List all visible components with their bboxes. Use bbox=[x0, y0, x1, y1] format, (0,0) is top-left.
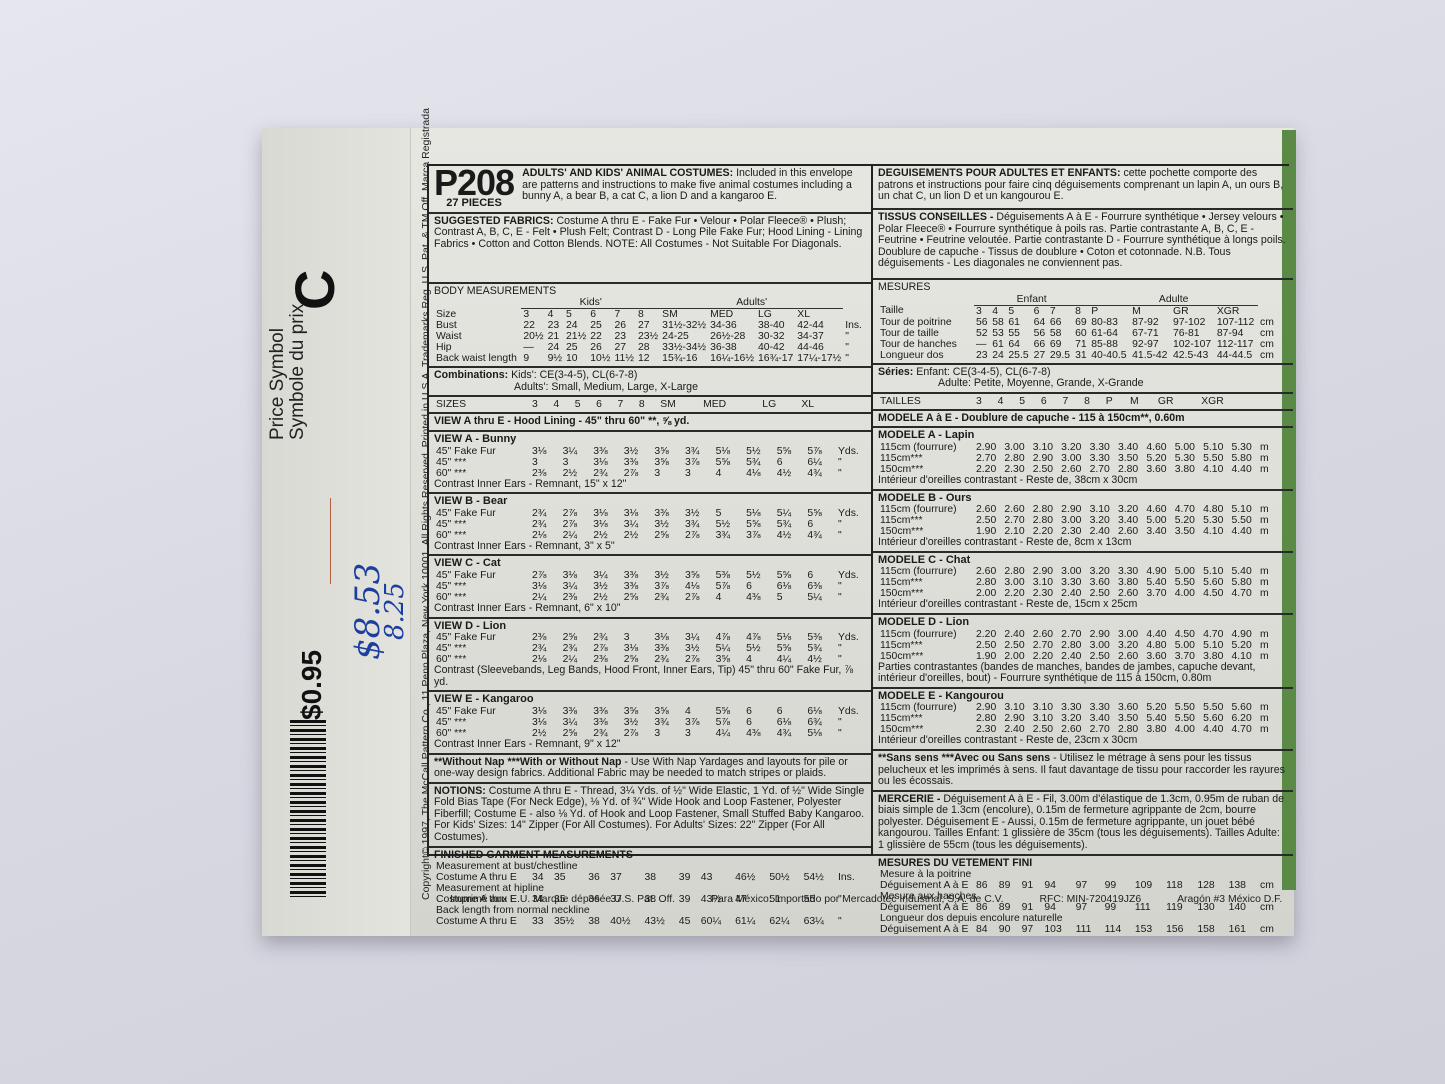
row-value: 22 bbox=[521, 320, 545, 331]
row-value: 2.50 bbox=[974, 515, 1002, 526]
row-label: Costume A thru E bbox=[434, 872, 530, 883]
row-value: 3.00 bbox=[1088, 640, 1116, 651]
row-value: 24 bbox=[564, 320, 588, 331]
row-value: 5.20 bbox=[1173, 515, 1201, 526]
row-value: 3 bbox=[521, 309, 545, 321]
table-row: 45" ***2¾2⅞3⅛3¼3½3¾5½5⅝5¾6" bbox=[434, 519, 866, 530]
row-value: 2.70 bbox=[1002, 515, 1030, 526]
row-value: 3⅞ bbox=[683, 717, 714, 728]
table-row: 45" Fake Fur2⅞3⅛3¼3⅜3½3⅝5⅜5½5⅝6Yds. bbox=[434, 570, 866, 581]
row-value: 6 bbox=[775, 706, 806, 717]
row-value: 3 bbox=[622, 632, 653, 643]
table-row: Déguisement A à E86899194979910911812813… bbox=[878, 880, 1288, 891]
row-value: 156 bbox=[1164, 924, 1195, 935]
row-value: 2¾ bbox=[530, 643, 561, 654]
row-unit: m bbox=[1258, 651, 1288, 662]
view-note: Contrast Inner Ears - Remnant, 9" x 12" bbox=[434, 739, 866, 751]
row-value: 5.50 bbox=[1173, 713, 1201, 724]
row-value: 3½ bbox=[622, 717, 653, 728]
combinations-label: Combinations: bbox=[434, 369, 508, 381]
row-value: 5 bbox=[775, 592, 806, 603]
row-value: LG bbox=[756, 309, 795, 321]
table-row: Bust22232425262731½-32½34-3638-4042-44In… bbox=[434, 320, 866, 331]
row-value: 5.50 bbox=[1173, 702, 1201, 713]
table-row: Tour de hanches—616466697185-8892-97102-… bbox=[878, 339, 1288, 350]
row-label: Hip bbox=[434, 342, 521, 353]
row-value: 3 bbox=[974, 305, 990, 317]
row-value: XL bbox=[799, 399, 836, 410]
view-note: Intérieur d'oreilles contrastant - Reste… bbox=[878, 537, 1288, 549]
row-value: 107-112 bbox=[1215, 317, 1258, 328]
row-value: 3.60 bbox=[1144, 464, 1172, 475]
row-value: 76-81 bbox=[1171, 328, 1215, 339]
fabrics-label: SUGGESTED FABRICS: bbox=[434, 215, 554, 227]
row-value: 8 bbox=[1073, 305, 1089, 317]
row-value: 5⅛ bbox=[775, 632, 806, 643]
row-value: 3⅛ bbox=[622, 508, 653, 519]
row-value: 5.60 bbox=[1230, 702, 1258, 713]
row-value: 6⅛ bbox=[775, 717, 806, 728]
row-value: 2.60 bbox=[1116, 651, 1144, 662]
row-value: 21 bbox=[546, 331, 564, 342]
row-value: 6 bbox=[744, 717, 775, 728]
row-value: XGR bbox=[1215, 305, 1258, 317]
row-value: P bbox=[1089, 305, 1130, 317]
row-value: 3 bbox=[683, 468, 714, 479]
row-unit: " bbox=[836, 717, 866, 728]
row-value: 4.50 bbox=[1173, 629, 1201, 640]
row-value: 5⅝ bbox=[714, 706, 745, 717]
row-value: GR bbox=[1156, 396, 1199, 407]
view-title: MODELE B - Ours bbox=[878, 493, 1288, 505]
row-value: 5.80 bbox=[1230, 577, 1258, 588]
row-value: 64 bbox=[1006, 339, 1031, 350]
row-label: SIZES bbox=[434, 399, 530, 410]
row-unit: " bbox=[836, 457, 866, 468]
row-value: 3⅛ bbox=[530, 581, 561, 592]
row-label: 60" *** bbox=[434, 468, 530, 479]
row-value: 2.70 bbox=[974, 453, 1002, 464]
row-value: 24 bbox=[990, 350, 1006, 361]
row-value: 11½ bbox=[612, 353, 635, 364]
fr-header-section: DEGUISEMENTS POUR ADULTES ET ENFANTS: ce… bbox=[873, 166, 1293, 210]
view-note: Contrast Inner Ears - Remnant, 3" x 5" bbox=[434, 541, 866, 553]
row-value: 3.80 bbox=[1201, 651, 1229, 662]
row-value: 3⅜ bbox=[591, 706, 622, 717]
view-section: MODELE B - Ours115cm (fourrure)2.602.602… bbox=[873, 491, 1293, 553]
view-section: VIEW C - Cat45" Fake Fur2⅞3⅛3¼3⅜3½3⅝5⅜5½… bbox=[429, 556, 871, 618]
row-value: 5.40 bbox=[1230, 566, 1258, 577]
fr-group-adults: Adulte bbox=[1089, 294, 1258, 306]
row-value: 3.00 bbox=[1002, 577, 1030, 588]
fr-group-kids: Enfant bbox=[974, 294, 1089, 306]
row-value: 1.90 bbox=[974, 651, 1002, 662]
row-value: 2.90 bbox=[1031, 566, 1059, 577]
caption-row: Longueur dos depuis encolure naturelle bbox=[878, 913, 1288, 924]
row-value: 5.00 bbox=[1173, 566, 1201, 577]
row-value: 4 bbox=[683, 706, 714, 717]
row-value: 61-64 bbox=[1089, 328, 1130, 339]
row-value: 58 bbox=[990, 317, 1006, 328]
row-value: 2¾ bbox=[591, 468, 622, 479]
row-label: 115cm (fourrure) bbox=[878, 629, 974, 640]
row-value: 5⅞ bbox=[714, 581, 745, 592]
row-unit: Yds. bbox=[836, 632, 866, 643]
row-value: 33 bbox=[530, 916, 552, 927]
row-value: 3⅜ bbox=[591, 717, 622, 728]
table-row: 45" ***333⅛3⅜3⅝3⅞5⅝5¾66¼" bbox=[434, 457, 866, 468]
row-value: 97 bbox=[1074, 880, 1103, 891]
table-row: Size345678SMMEDLGXL bbox=[434, 309, 866, 321]
table-row: SIZES345678SMMEDLGXL bbox=[434, 399, 866, 410]
table-row: Tour de taille52535556586061-6467-7176-8… bbox=[878, 328, 1288, 339]
row-value: 4.40 bbox=[1201, 724, 1229, 735]
row-value: 34-36 bbox=[708, 320, 756, 331]
row-unit: Ins. bbox=[843, 320, 866, 331]
row-label: Waist bbox=[434, 331, 521, 342]
caption-row: Measurement at hipline bbox=[434, 883, 866, 894]
view-note: Intérieur d'oreilles contrastant - Reste… bbox=[878, 475, 1288, 487]
row-value: 5½ bbox=[744, 570, 775, 581]
row-value: 2.20 bbox=[1031, 651, 1059, 662]
row-value: 5.40 bbox=[1144, 713, 1172, 724]
row-value: 2.60 bbox=[1002, 504, 1030, 515]
row-value: SM bbox=[660, 309, 708, 321]
row-value: — bbox=[974, 339, 990, 350]
row-value: 24 bbox=[546, 342, 564, 353]
row-value: 3⅛ bbox=[591, 457, 622, 468]
row-value: 15¾-16 bbox=[660, 353, 708, 364]
finished-measurements: FINISHED GARMENT MEASUREMENTS Measuremen… bbox=[429, 848, 871, 930]
row-unit bbox=[1258, 305, 1288, 317]
table-row: 115cm***2.803.003.103.303.603.805.405.50… bbox=[878, 577, 1288, 588]
row-unit: " bbox=[843, 353, 866, 364]
row-value: LG bbox=[760, 399, 799, 410]
row-value: 4.60 bbox=[1144, 504, 1172, 515]
row-unit bbox=[843, 309, 866, 321]
view-title: VIEW B - Bear bbox=[434, 496, 866, 508]
row-value: 4.00 bbox=[1173, 724, 1201, 735]
row-value: 91 bbox=[1020, 880, 1043, 891]
row-value: 34 bbox=[530, 872, 552, 883]
row-value: 62¼ bbox=[767, 916, 801, 927]
row-value: 2.80 bbox=[974, 577, 1002, 588]
row-value: 3⅞ bbox=[683, 457, 714, 468]
row-value: 4 bbox=[546, 309, 564, 321]
finished-title: FINISHED GARMENT MEASUREMENTS bbox=[434, 850, 866, 862]
row-value: 43 bbox=[699, 872, 733, 883]
row-value: 44-44.5 bbox=[1215, 350, 1258, 361]
table-row: Longueur dos232425.52729.53140-40.541.5-… bbox=[878, 350, 1288, 361]
row-value: 89 bbox=[997, 880, 1020, 891]
row-value: 2.80 bbox=[1031, 515, 1059, 526]
row-value: P bbox=[1104, 396, 1128, 407]
row-value: 6 bbox=[1032, 305, 1048, 317]
row-value: 3¼ bbox=[591, 570, 622, 581]
row-value: 5⅛ bbox=[714, 446, 745, 457]
table-row: Costume A thru E3335½3840½43½4560¼61¼62¼… bbox=[434, 916, 866, 927]
measurement-caption: Measurement at hipline bbox=[434, 883, 866, 894]
row-value: 5.00 bbox=[1144, 515, 1172, 526]
row-value: 3.20 bbox=[1088, 515, 1116, 526]
row-value: 3.10 bbox=[1031, 442, 1059, 453]
view-note: Intérieur d'oreilles contrastant - Reste… bbox=[878, 735, 1288, 747]
row-value: 3 bbox=[974, 396, 996, 407]
view-title: MODELE C - Chat bbox=[878, 555, 1288, 567]
row-value: 2.70 bbox=[1059, 629, 1087, 640]
row-unit: cm bbox=[1258, 350, 1288, 361]
row-unit: m bbox=[1258, 504, 1288, 515]
group-kids: Kids' bbox=[521, 297, 660, 309]
row-unit: Yds. bbox=[836, 570, 866, 581]
body-measurements-table: Kids'Adults' Size345678SMMEDLGXLBust2223… bbox=[434, 297, 866, 364]
row-label: 45" Fake Fur bbox=[434, 632, 530, 643]
row-label: Size bbox=[434, 309, 521, 321]
sizes-header: SIZES345678SMMEDLGXL bbox=[429, 397, 871, 414]
table-row: Costume A thru E3435363738394346½50½54½I… bbox=[434, 872, 866, 883]
table-row: 45" Fake Fur2⅜2⅝2¾33⅛3¼4⅞4⅞5⅛5⅜Yds. bbox=[434, 632, 866, 643]
table-row: TAILLES345678PMGRXGR bbox=[878, 396, 1288, 407]
row-value: 3¼ bbox=[561, 581, 592, 592]
yardage-table: 45" Fake Fur2⅞3⅛3¼3⅜3½3⅝5⅜5½5⅝6Yds.45" *… bbox=[434, 570, 866, 603]
row-value: 28 bbox=[636, 342, 660, 353]
description-title: ADULTS' AND KIDS' ANIMAL COSTUMES: bbox=[522, 167, 733, 179]
row-value: 5⅛ bbox=[744, 508, 775, 519]
row-value: 66 bbox=[1032, 339, 1048, 350]
row-value: 4⅛ bbox=[744, 468, 775, 479]
row-value: 2.80 bbox=[1031, 504, 1059, 515]
row-value: 3.10 bbox=[1002, 702, 1030, 713]
row-value: 3⅞ bbox=[652, 581, 683, 592]
row-value: 33½-34½ bbox=[660, 342, 708, 353]
header-section: P208 27 PIECES ADULTS' AND KIDS' ANIMAL … bbox=[429, 166, 871, 214]
row-value: 3.40 bbox=[1144, 526, 1172, 537]
row-value: 5⅝ bbox=[714, 457, 745, 468]
row-value: 2⅜ bbox=[530, 468, 561, 479]
row-unit: m bbox=[1258, 464, 1288, 475]
row-value: 2¾ bbox=[561, 643, 592, 654]
row-label: Costume A thru E bbox=[434, 916, 530, 927]
row-value: 5¾ bbox=[775, 519, 806, 530]
yardage-table: 115cm (fourrure)2.602.802.903.003.203.30… bbox=[878, 566, 1288, 599]
view-section: VIEW E - Kangaroo45" Fake Fur3⅛3⅜3⅜3⅝3⅝4… bbox=[429, 692, 871, 754]
row-value: 38 bbox=[586, 916, 608, 927]
row-value: 3¼ bbox=[622, 519, 653, 530]
row-value: 3 bbox=[530, 457, 561, 468]
row-value: 8 bbox=[1082, 396, 1104, 407]
row-value: 5½ bbox=[714, 519, 745, 530]
row-unit: m bbox=[1258, 629, 1288, 640]
row-value: 87-92 bbox=[1130, 317, 1171, 328]
row-value: 29.5 bbox=[1048, 350, 1073, 361]
row-value: 5.20 bbox=[1144, 702, 1172, 713]
row-value: 4.40 bbox=[1144, 629, 1172, 640]
row-value: 5⅞ bbox=[805, 446, 836, 457]
table-row: 45" ***3⅛3¼3⅜3½3¾3⅞5⅞66⅛6¾" bbox=[434, 717, 866, 728]
table-row: 115cm (fourrure)2.202.402.602.702.903.00… bbox=[878, 629, 1288, 640]
row-unit: m bbox=[1258, 442, 1288, 453]
row-value: M bbox=[1128, 396, 1156, 407]
row-value: 7 bbox=[616, 399, 637, 410]
row-value: 114 bbox=[1103, 924, 1133, 935]
table-row: 45" Fake Fur3⅛3¼3⅜3½3⅝3¾5⅛5½5⅝5⅞Yds. bbox=[434, 446, 866, 457]
row-value: — bbox=[521, 342, 545, 353]
notions-label: NOTIONS: bbox=[434, 785, 486, 797]
price-symbol-fr: Symbole du prix bbox=[288, 304, 308, 440]
row-label: 150cm*** bbox=[878, 651, 974, 662]
row-value: 8 bbox=[636, 309, 660, 321]
fr-fabrics-label: TISSUS CONSEILLES - bbox=[878, 211, 993, 223]
row-value: 3⅛ bbox=[591, 519, 622, 530]
row-value: 3⅜ bbox=[591, 446, 622, 457]
row-value: 3⅜ bbox=[652, 643, 683, 654]
row-value: 5⅞ bbox=[714, 717, 745, 728]
row-value: 22 bbox=[588, 331, 612, 342]
row-value: 30-32 bbox=[756, 331, 795, 342]
yardage-table: 115cm (fourrure)2.903.103.103.303.303.60… bbox=[878, 702, 1288, 735]
row-value: 2⅞ bbox=[591, 643, 622, 654]
row-label: 115cm (fourrure) bbox=[878, 442, 974, 453]
table-row: Back waist length99½1010½11½1215¾-1616¼-… bbox=[434, 353, 866, 364]
row-value: 4.80 bbox=[1144, 640, 1172, 651]
view-note: Contrast (Sleevebands, Leg Bands, Hood F… bbox=[434, 665, 866, 688]
row-value: 3.00 bbox=[1002, 442, 1030, 453]
fr-notions-label: MERCERIE - bbox=[878, 793, 940, 805]
row-value: 2½ bbox=[622, 530, 653, 541]
row-value: 4⅞ bbox=[714, 632, 745, 643]
row-value: 6.20 bbox=[1230, 713, 1258, 724]
row-value: 86 bbox=[974, 880, 997, 891]
fr-hood-lining: MODELE A à E - Doublure de capuche - 115… bbox=[873, 411, 1293, 429]
row-unit: " bbox=[836, 916, 866, 927]
row-value: 3½ bbox=[652, 519, 683, 530]
row-value: 6 bbox=[805, 570, 836, 581]
row-value: 9 bbox=[521, 353, 545, 364]
row-value: 2.80 bbox=[1059, 640, 1087, 651]
row-value: 111 bbox=[1074, 924, 1103, 935]
row-label: Taille bbox=[878, 305, 974, 317]
row-value: 2.80 bbox=[1002, 453, 1030, 464]
row-value: 5⅜ bbox=[805, 632, 836, 643]
row-value: 67-71 bbox=[1130, 328, 1171, 339]
row-value: 61¼ bbox=[733, 916, 767, 927]
row-value: 21½ bbox=[564, 331, 588, 342]
row-value: 10 bbox=[564, 353, 588, 364]
row-value: 87-94 bbox=[1215, 328, 1258, 339]
notions-text: Costume A thru E - Thread, 3¼ Yds. of ½"… bbox=[434, 785, 864, 843]
table-row: 45" ***3⅛3¼3½3⅜3⅞4⅛5⅞66⅛6⅜" bbox=[434, 581, 866, 592]
row-unit: " bbox=[836, 643, 866, 654]
row-value: 45 bbox=[677, 916, 699, 927]
row-label: 45" Fake Fur bbox=[434, 508, 530, 519]
row-unit bbox=[1258, 396, 1288, 407]
handwritten-price-2: 8.25 bbox=[380, 582, 410, 640]
row-value: 3⅛ bbox=[652, 632, 683, 643]
row-value: 5 bbox=[1017, 396, 1039, 407]
row-value: 2⅝ bbox=[622, 592, 653, 603]
fr-combinations-label: Séries: bbox=[878, 366, 913, 378]
fr-views-list: MODELE A - Lapin115cm (fourrure)2.903.00… bbox=[873, 428, 1293, 751]
row-value: 7 bbox=[1048, 305, 1073, 317]
row-label: 115cm (fourrure) bbox=[878, 504, 974, 515]
row-value: 3⅝ bbox=[652, 446, 683, 457]
row-value: 38-40 bbox=[756, 320, 795, 331]
row-value: 109 bbox=[1133, 880, 1164, 891]
row-value: 2.60 bbox=[974, 504, 1002, 515]
row-value: 4.10 bbox=[1201, 526, 1229, 537]
pattern-id: P208 27 PIECES bbox=[434, 168, 514, 210]
row-value: 92-97 bbox=[1130, 339, 1171, 350]
table-row: 45" Fake Fur2¾2⅞3⅛3⅛3⅜3½55⅛5¼5⅝Yds. bbox=[434, 508, 866, 519]
nap-note: **Without Nap ***With or Without Nap - U… bbox=[429, 755, 871, 784]
row-value: 5¼ bbox=[714, 643, 745, 654]
row-value: 3.50 bbox=[1173, 526, 1201, 537]
group-adults: Adults' bbox=[660, 297, 843, 309]
row-value: 25 bbox=[564, 342, 588, 353]
table-row: 45" Fake Fur3⅛3⅜3⅜3⅝3⅝45⅝666⅛Yds. bbox=[434, 706, 866, 717]
row-value: 5.30 bbox=[1201, 515, 1229, 526]
row-value: 5.50 bbox=[1173, 577, 1201, 588]
row-value: 5¼ bbox=[775, 508, 806, 519]
row-value: 4.90 bbox=[1144, 566, 1172, 577]
row-value: 2¾ bbox=[591, 632, 622, 643]
row-value: 69 bbox=[1073, 317, 1089, 328]
row-unit: m bbox=[1258, 515, 1288, 526]
row-value: 3⅜ bbox=[622, 457, 653, 468]
row-value: 40-42 bbox=[756, 342, 795, 353]
row-value: 6⅛ bbox=[775, 581, 806, 592]
row-value: 4.60 bbox=[1144, 442, 1172, 453]
fr-body-measurements-title: MESURES bbox=[878, 282, 1288, 294]
row-value: 3⅛ bbox=[530, 717, 561, 728]
row-value: 97 bbox=[1020, 924, 1043, 935]
row-value: 40-40.5 bbox=[1089, 350, 1130, 361]
row-value: 5.60 bbox=[1201, 713, 1229, 724]
row-value: 4.50 bbox=[1201, 588, 1229, 599]
row-value: 3.50 bbox=[1116, 453, 1144, 464]
notions: NOTIONS: Costume A thru E - Thread, 3¼ Y… bbox=[429, 784, 871, 848]
row-unit: " bbox=[836, 592, 866, 603]
row-value: 34-37 bbox=[795, 331, 843, 342]
row-value: 3.00 bbox=[1059, 566, 1087, 577]
row-label: 45" *** bbox=[434, 581, 530, 592]
row-label: 115cm*** bbox=[878, 515, 974, 526]
row-value: 3⅝ bbox=[652, 457, 683, 468]
row-value: 3¼ bbox=[561, 446, 592, 457]
row-value: 9½ bbox=[546, 353, 564, 364]
row-unit: cm bbox=[1258, 317, 1288, 328]
fr-combinations-adults: Adulte: Petite, Moyenne, Grande, X-Grand… bbox=[878, 377, 1144, 389]
row-value: 3.70 bbox=[1144, 588, 1172, 599]
row-unit: " bbox=[836, 530, 866, 541]
footer-mexico-import: Para México: Importado por Mercadotec In… bbox=[711, 894, 1003, 905]
row-value: 26 bbox=[612, 320, 635, 331]
row-value: 3⅝ bbox=[683, 570, 714, 581]
body-measurements-title: BODY MEASUREMENTS bbox=[434, 286, 866, 298]
row-value: 153 bbox=[1133, 924, 1164, 935]
row-value: 99 bbox=[1103, 880, 1133, 891]
view-note: Parties contrastantes (bandes de manches… bbox=[878, 662, 1288, 685]
view-title: VIEW D - Lion bbox=[434, 621, 866, 633]
row-value: 3.30 bbox=[1088, 453, 1116, 464]
row-value: 3.10 bbox=[1031, 713, 1059, 724]
row-value: 5 bbox=[564, 309, 588, 321]
row-label: 45" *** bbox=[434, 717, 530, 728]
row-value: 2¾ bbox=[530, 519, 561, 530]
row-value: 4.10 bbox=[1230, 651, 1258, 662]
row-unit: " bbox=[836, 468, 866, 479]
yardage-table: 45" Fake Fur3⅛3¼3⅜3½3⅝3¾5⅛5½5⅝5⅞Yds.45" … bbox=[434, 446, 866, 479]
